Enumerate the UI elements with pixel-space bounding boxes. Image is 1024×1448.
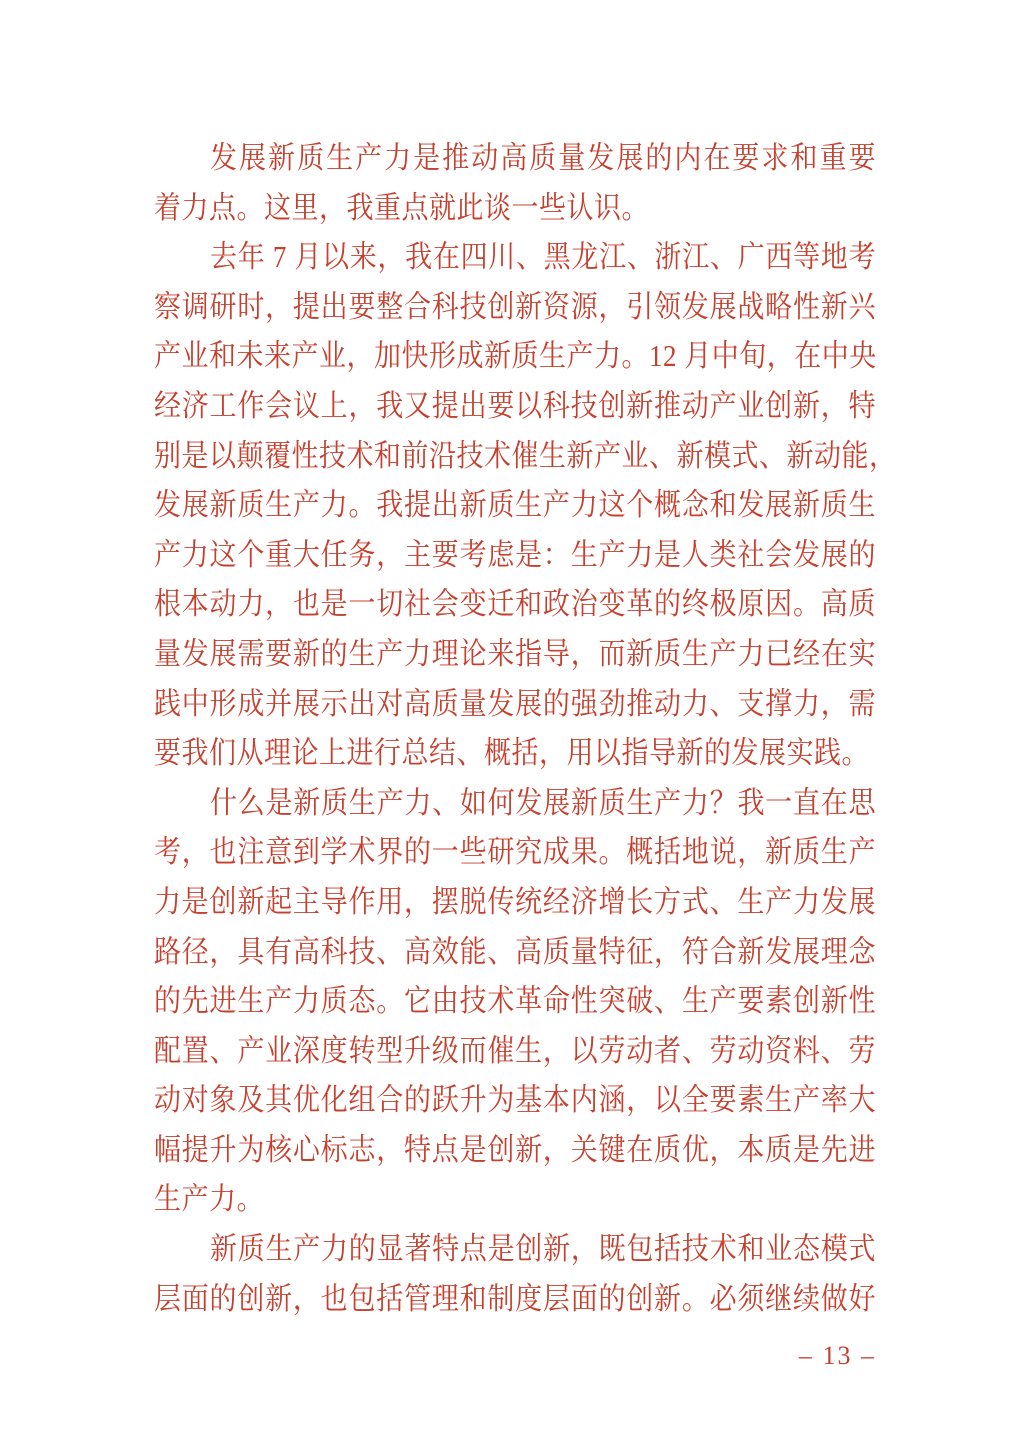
text-line: 生产力。 xyxy=(154,1172,876,1228)
text-line: 什么是新质生产力、如何发展新质生产力？我一直在思 xyxy=(154,775,876,831)
text-line: 根本动力，也是一切社会变迁和政治变革的终极原因。高质 xyxy=(154,577,876,633)
page-number: – 13 – xyxy=(799,1341,876,1371)
text-line: 新质生产力的显著特点是创新，既包括技术和业态模式 xyxy=(154,1222,876,1278)
text-line: 要我们从理论上进行总结、概括，用以指导新的发展实践。 xyxy=(154,726,876,782)
text-line: 动对象及其优化组合的跃升为基本内涵，以全要素生产率大 xyxy=(154,1073,876,1129)
text-line: 考，也注意到学术界的一些研究成果。概括地说，新质生产 xyxy=(154,825,876,881)
text-line: 的先进生产力质态。它由技术革命性突破、生产要素创新性 xyxy=(154,974,876,1030)
text-line: 配置、产业深度转型升级而催生，以劳动者、劳动资料、劳 xyxy=(154,1023,876,1079)
document-page: 发展新质生产力是推动高质量发展的内在要求和重要 着力点。这里，我重点就此谈一些认… xyxy=(0,0,1024,1448)
text-line: 发展新质生产力是推动高质量发展的内在要求和重要 xyxy=(154,131,876,187)
text-line: 经济工作会议上，我又提出要以科技创新推动产业创新，特 xyxy=(154,379,876,435)
text-line: 路径，具有高科技、高效能、高质量特征，符合新发展理念 xyxy=(154,924,876,980)
text-line: 产业和未来产业，加快形成新质生产力。12 月中旬，在中央 xyxy=(154,329,876,385)
text-line: 去年 7 月以来，我在四川、黑龙江、浙江、广西等地考 xyxy=(154,230,876,286)
text-line: 别是以颠覆性技术和前沿技术催生新产业、新模式、新动能， xyxy=(154,428,876,484)
text-line: 产力这个重大任务，主要考虑是：生产力是人类社会发展的 xyxy=(154,528,876,584)
text-line: 察调研时，提出要整合科技创新资源，引领发展战略性新兴 xyxy=(154,280,876,336)
text-line: 发展新质生产力。我提出新质生产力这个概念和发展新质生 xyxy=(154,478,876,534)
text-line: 着力点。这里，我重点就此谈一些认识。 xyxy=(154,180,876,236)
text-line: 力是创新起主导作用，摆脱传统经济增长方式、生产力发展 xyxy=(154,875,876,931)
text-line: 践中形成并展示出对高质量发展的强劲推动力、支撑力，需 xyxy=(154,676,876,732)
text-line: 幅提升为核心标志，特点是创新，关键在质优，本质是先进 xyxy=(154,1123,876,1179)
text-line: 层面的创新，也包括管理和制度层面的创新。必须继续做好 xyxy=(154,1271,876,1327)
document-body: 发展新质生产力是推动高质量发展的内在要求和重要 着力点。这里，我重点就此谈一些认… xyxy=(154,134,876,1324)
text-line: 量发展需要新的生产力理论来指导，而新质生产力已经在实 xyxy=(154,627,876,683)
